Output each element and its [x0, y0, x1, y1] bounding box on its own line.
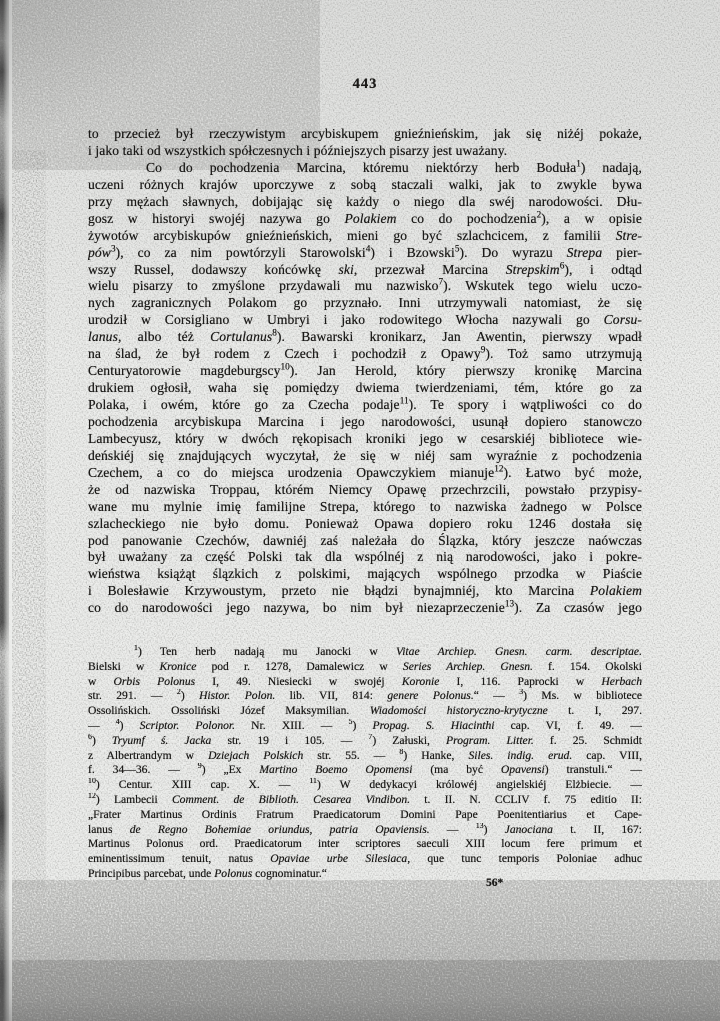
- text-line: 10) Centur. XIII cap. X. — 11) W dedykac…: [88, 778, 642, 793]
- text-line: nych zagranicznych Polakom go przyznało.…: [88, 295, 642, 312]
- text-line: drukiem ogłosił, waha się pomiędzy dwiem…: [88, 380, 642, 397]
- text-line: wane mu mylnie imię familijne Strepa, kt…: [88, 499, 642, 516]
- scan-left-edge-fade: [0, 0, 12, 1021]
- text-line: Czechem, a co do miejsca urodzenia Opawc…: [88, 465, 642, 482]
- scanned-book-page: 443 to przecież był rzeczywistym arcybis…: [0, 0, 720, 1021]
- text-line: urodził w Corsigliano w Umbryi i jako ro…: [88, 312, 642, 329]
- text-line: — 4) Scriptor. Polonor. Nr. XIII. — 5) P…: [88, 719, 642, 734]
- text-line: Ossolińskich. Ossoliński Józef Maksymili…: [88, 704, 642, 719]
- text-line: Centuryatorowie magdeburgscy10). Jan Her…: [88, 363, 642, 380]
- text-line: str. 291. — 2) Histor. Polon. lib. VII, …: [88, 689, 642, 704]
- footnotes: 1) Ten herb nadają mu Janocki w Vitae Ar…: [88, 645, 642, 882]
- body-text: to przecież był rzeczywistym arcybiskupe…: [88, 126, 642, 617]
- text-line: eminentissimum tenuit, natus Opaviae urb…: [88, 852, 642, 867]
- text-line: pod panowanie Czechów, dawniéj zaś należ…: [88, 533, 642, 550]
- printers-signature: 56*: [486, 877, 503, 889]
- text-line: wielu pisarzy to zmyślone przydawali mu …: [88, 278, 642, 295]
- scan-bottom-shade: [0, 891, 720, 1021]
- text-line: żywotów arcybiskupów gnieźnieńskich, mie…: [88, 228, 642, 245]
- text-line: 1) Ten herb nadają mu Janocki w Vitae Ar…: [88, 645, 642, 660]
- text-line: pów3), co za nim powtórzyli Starowolski4…: [88, 245, 642, 262]
- text-line: na ślad, że był rodem z Czech i pochodzi…: [88, 346, 642, 363]
- text-line: „Frater Martinus Ordinis Fratrum Praedic…: [88, 808, 642, 823]
- text-line: 6) Tryumf ś. Jacka str. 19 i 105. — 7) Z…: [88, 734, 642, 749]
- text-line: to przecież był rzeczywistym arcybiskupe…: [88, 126, 642, 143]
- text-line: Principibus parcebat, unde Polonus cogno…: [88, 867, 642, 882]
- text-line: Polaka, i owém, które go za Czecha podaj…: [88, 397, 642, 414]
- text-line: Co do pochodzenia Marcina, któremu niekt…: [88, 160, 642, 177]
- text-line: Bielski w Kronice pod r. 1278, Damalewic…: [88, 660, 642, 675]
- text-line: lanus de Regno Bohemiae oriundus, patria…: [88, 823, 642, 838]
- text-line: w Orbis Polonus I, 49. Niesiecki w swojé…: [88, 675, 642, 690]
- text-line: Martinus Polonus ord. Praedicatorum inte…: [88, 837, 642, 852]
- text-line: i Bolesławie Krzywoustym, przeto nie błą…: [88, 583, 642, 600]
- text-line: 12) Lambecii Comment. de Biblioth. Cesar…: [88, 793, 642, 808]
- text-line: że od nazwiska Troppau, którém Niemcy Op…: [88, 482, 642, 499]
- text-line: lanus, albo téż Cortulanus8). Bawarski k…: [88, 329, 642, 346]
- text-line: z Albertrandym w Dziejach Polskich str. …: [88, 749, 642, 764]
- text-line: gosz w historyi swojéj nazywa go Polakie…: [88, 211, 642, 228]
- text-line: wieństwa książąt ślązkich z polskimi, ma…: [88, 566, 642, 583]
- text-line: wszy Russel, dodawszy końcówkę ski, prze…: [88, 262, 642, 279]
- text-line: i jako taki od wszystkich spółczesnych i…: [88, 143, 642, 160]
- text-line: uczeni różnych krajów uporczywe z sobą s…: [88, 177, 642, 194]
- text-line: był uważany za część Polski tak dla wspó…: [88, 549, 642, 566]
- text-line: deńskiéj się znajdujących wyczytał, że s…: [88, 448, 642, 465]
- text-line: co do narodowości jego nazywa, bo nim by…: [88, 600, 642, 617]
- text-line: pochodzenia arcybiskupa Marcina i jego n…: [88, 414, 642, 431]
- text-line: szlacheckiego nie było domu. Ponieważ Op…: [88, 516, 642, 533]
- text-line: przy mężach sławnych, dobijając się każd…: [88, 194, 642, 211]
- page-number: 443: [88, 76, 642, 93]
- text-line: Lambecyusz, który w dwóch rękopisach kro…: [88, 431, 642, 448]
- text-line: f. 34—36. — 9) „Ex Martino Boemo Opomens…: [88, 763, 642, 778]
